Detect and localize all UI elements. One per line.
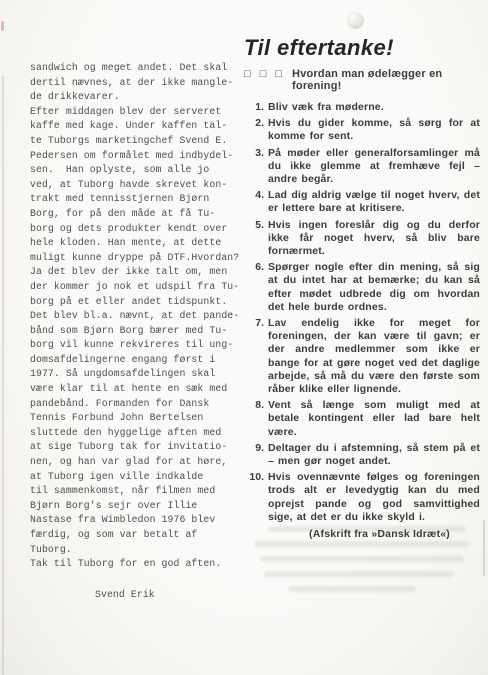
list-item-text: På møder eller generalforsamlinger må du…	[268, 147, 480, 187]
author-signature: Svend Erik	[95, 589, 155, 600]
show-through-artifact	[260, 556, 464, 562]
list-item: 8. Vent så længe som muligt med at betal…	[244, 399, 480, 439]
subtitle-row: □ □ □ Hvordan man ødelægger en forening!	[244, 68, 480, 92]
list-item: 4. Lad dig aldrig vælge til noget hverv,…	[244, 189, 480, 215]
scan-edge-artifact	[483, 520, 485, 576]
list-item-text: Hvis ovennævnte følges og foreningen tro…	[268, 471, 480, 524]
list-item-number: 3.	[244, 147, 264, 187]
list-item-number: 5.	[244, 219, 264, 259]
list-item: 5. Hvis ingen foreslår dig og du derfor …	[244, 219, 480, 259]
article-body-text: sandwich og meget andet. Det skal dertil…	[30, 61, 240, 572]
list-item-text: Lav endelig ikke for meget for foreninge…	[268, 317, 480, 396]
list-item-number: 7.	[244, 317, 264, 396]
list-item-number: 8.	[244, 399, 264, 439]
tennis-ball-icon	[347, 12, 364, 29]
list-item-number: 6.	[244, 261, 264, 314]
list-item-text: Vent så længe som muligt med at betale k…	[268, 399, 480, 439]
list-item-number: 2.	[244, 117, 264, 143]
rules-list: 1. Bliv væk fra møderne. 2. Hvis du gide…	[244, 101, 480, 524]
list-item-number: 1.	[244, 101, 264, 114]
scan-speck-artifact	[1, 21, 4, 31]
checkbox-squares-icon: □ □ □	[244, 68, 285, 80]
list-item-number: 9.	[244, 442, 264, 468]
list-item: 2. Hvis du gider komme, så sørg for at k…	[244, 117, 480, 143]
list-item-text: Lad dig aldrig vælge til noget hverv, de…	[268, 189, 480, 215]
column-subtitle: Hvordan man ødelægger en forening!	[292, 68, 480, 92]
list-item-text: Hvis ingen foreslår dig og du derfor ikk…	[268, 219, 480, 259]
show-through-artifact	[288, 586, 416, 592]
show-through-artifact	[254, 541, 468, 547]
list-item: 1. Bliv væk fra møderne.	[244, 101, 480, 114]
list-item-text: Deltager du i afstemning, så stem på et …	[268, 442, 480, 468]
scan-edge-artifact	[2, 76, 4, 675]
attribution-line: (Afskrift fra »Dansk Idræt«)	[244, 528, 480, 540]
show-through-artifact	[264, 571, 454, 577]
list-item: 3. På møder eller generalforsamlinger må…	[244, 147, 480, 187]
list-item: 10. Hvis ovennævnte følges og foreningen…	[244, 471, 480, 524]
list-item-text: Hvis du gider komme, så sørg for at komm…	[268, 117, 480, 143]
scanned-newsletter-page: sandwich og meget andet. Det skal dertil…	[0, 0, 488, 675]
list-item-text: Spørger nogle efter din mening, så sig a…	[268, 261, 480, 314]
list-item-number: 4.	[244, 189, 264, 215]
list-item: 7. Lav endelig ikke for meget for foreni…	[244, 317, 480, 396]
list-item-text: Bliv væk fra møderne.	[268, 101, 480, 114]
list-item-number: 10.	[244, 471, 264, 524]
column-title: Til eftertanke!	[244, 36, 480, 60]
til-eftertanke-column: Til eftertanke! □ □ □ Hvordan man ødelæg…	[244, 36, 480, 540]
list-item: 6. Spørger nogle efter din mening, så si…	[244, 261, 480, 314]
list-item: 9. Deltager du i afstemning, så stem på …	[244, 442, 480, 468]
